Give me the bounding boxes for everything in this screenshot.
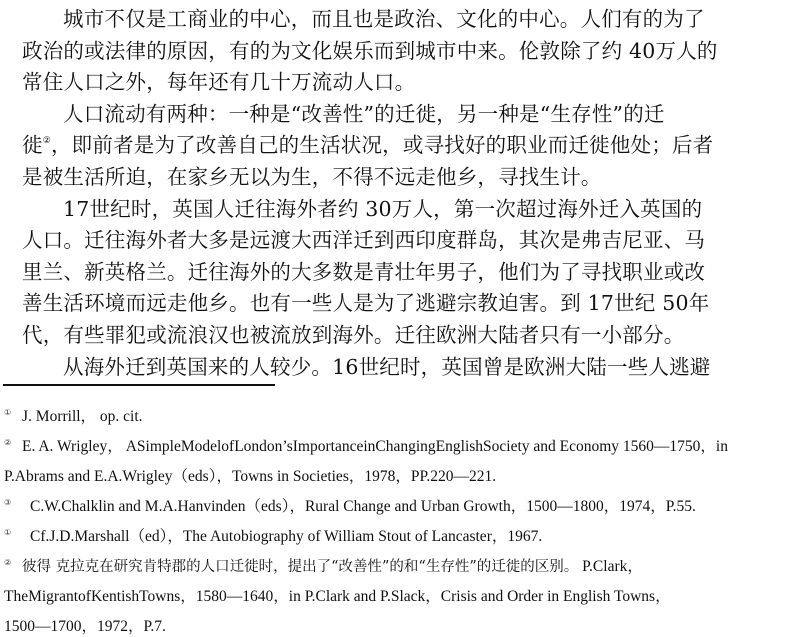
paragraph-2-line-2-rest: ，即前者是为了改善自己的生活状况，或寻找好的职业而迁徙他处；后者	[51, 133, 713, 157]
footnote-ref-2[interactable]: ②	[43, 136, 51, 146]
paragraph-1-line-3: 常住人口之外，每年还有几十万流动人口。	[22, 67, 772, 99]
paragraph-1-line-2: 政治的或法律的原因，有的为文化娱乐而到城市中来。伦敦除了约 40万人的	[22, 36, 772, 68]
paragraph-3-line-4: 善生活环境而远走他乡。也有一些人是为了逃避宗教迫害。到 17世纪 50年	[22, 288, 772, 320]
footnote-text: C.W.Chalklin and M.A.Hanvinden（eds），Rura…	[30, 498, 696, 515]
footnote-2: ②E. A. Wrigley， ASimpleModelofLondon’sIm…	[4, 432, 789, 462]
footnote-divider	[3, 384, 275, 386]
footnote-text-latin: P.Clark，	[578, 558, 643, 575]
paragraph-3-line-3: 里兰、新英格兰。迁往海外的大多数是青壮年男子，他们为了寻找职业或改	[22, 257, 772, 289]
footnote-1: ①J. Morrill， op. cit.	[4, 402, 789, 432]
paragraph-3-line-5: 代，有些罪犯或流浪汉也被流放到海外。迁往欧洲大陆者只有一小部分。	[22, 320, 772, 352]
paragraph-2-line-2: 徙②，即前者是为了改善自己的生活状况，或寻找好的职业而迁徙他处；后者	[22, 130, 772, 162]
paragraph-4-line-1: 从海外迁到英国来的人较少。16世纪时，英国曾是欧洲大陆一些人逃避	[22, 352, 772, 384]
paragraph-1-line-1: 城市不仅是工商业的中心，而且也是政治、文化的中心。人们有的为了	[22, 4, 772, 36]
paragraph-2-line-1: 人口流动有两种：一种是“改善性”的迁徙，另一种是“生存性”的迁	[22, 99, 772, 131]
footnote-2-continuation: P.Abrams and E.A.Wrigley（eds），Towns in S…	[4, 462, 789, 492]
footnote-5-continuation-2: 1500—1700，1972，P.7.	[4, 612, 789, 637]
paragraph-2-line-2-start: 徙	[22, 133, 43, 157]
footnote-text: J. Morrill， op. cit.	[22, 408, 143, 425]
paragraph-2-line-3: 是被生活所迫，在家乡无以为生，不得不远走他乡，寻找生计。	[22, 162, 772, 194]
footnote-4: ①Cf.J.D.Marshall（ed），The Autobiography o…	[4, 522, 789, 552]
footnote-text-cjk: 彼得 克拉克在研究肯特郡的人口迁徙时，提出了“改善性”的和“生存性”的迁徙的区别…	[22, 559, 578, 575]
footnote-5: ②彼得 克拉克在研究肯特郡的人口迁徙时，提出了“改善性”的和“生存性”的迁徙的区…	[4, 552, 789, 582]
paragraph-3-line-1: 17世纪时，英国人迁往海外者约 30万人，第一次超过海外迁入英国的	[22, 194, 772, 226]
footnote-5-continuation: TheMigrantofKentishTowns，1580—1640，in P.…	[4, 582, 789, 612]
footnote-text: E. A. Wrigley， ASimpleModelofLondon’sImp…	[22, 438, 728, 455]
paragraph-3-line-2: 人口。迁往海外者大多是远渡大西洋迁到西印度群岛，其次是弗吉尼亚、马	[22, 225, 772, 257]
footnote-text: Cf.J.D.Marshall（ed），The Autobiography of…	[30, 528, 542, 545]
footnote-3: ③C.W.Chalklin and M.A.Hanvinden（eds），Rur…	[4, 492, 789, 522]
footnotes: ①J. Morrill， op. cit. ②E. A. Wrigley， AS…	[4, 402, 789, 637]
main-text: 城市不仅是工商业的中心，而且也是政治、文化的中心。人们有的为了 政治的或法律的原…	[22, 4, 772, 383]
